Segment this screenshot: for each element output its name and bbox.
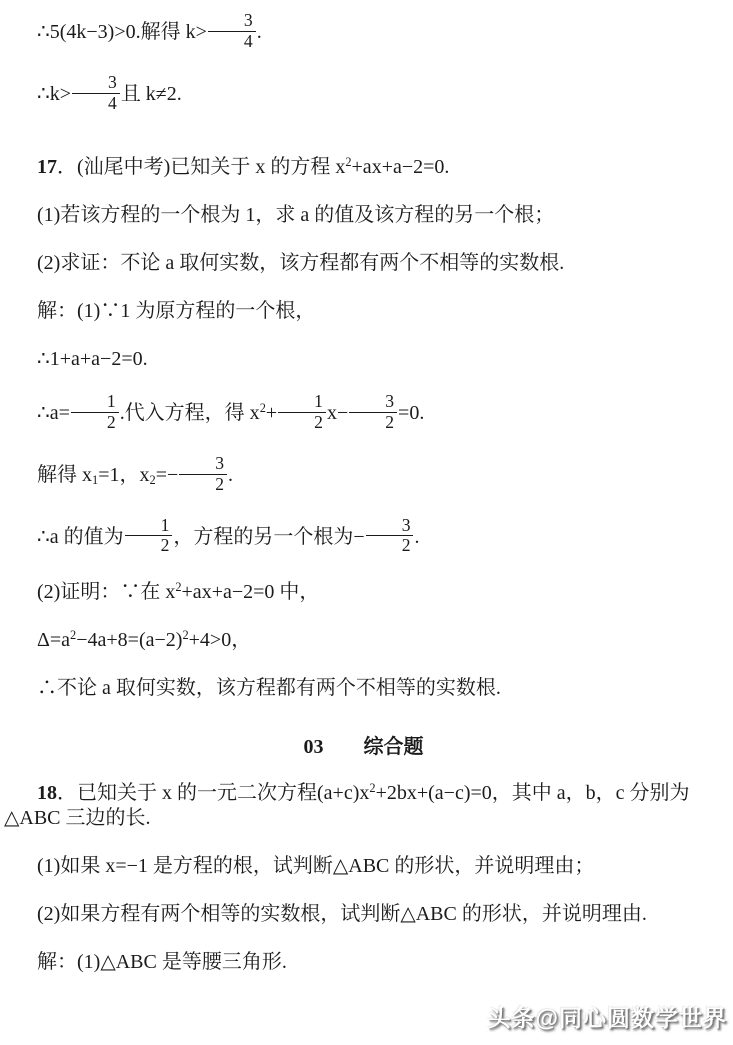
text-run: .代入方程，得 x <box>120 402 260 424</box>
text-run: Δ=a <box>37 629 70 651</box>
fraction: 34 <box>207 12 257 51</box>
text-run: (2)证明：∵在 x <box>37 581 175 603</box>
solution-17-roots: 解得 x1=1，x2=−32. <box>4 457 723 496</box>
text-run: ．(汕尾中考)已知关于 x 的方程 x <box>57 156 345 178</box>
fraction-numerator: 3 <box>366 517 414 537</box>
solution-17-answer: ∴a 的值为12，方程的另一个根为−32. <box>4 519 723 558</box>
solution-17-step1: 解：(1)∵1 为原方程的一个根， <box>4 299 723 324</box>
fraction-denominator: 2 <box>179 475 227 494</box>
bold-text-run: 综合题 <box>364 736 424 758</box>
text-run: . <box>257 21 262 43</box>
fraction-numerator: 1 <box>125 517 173 537</box>
bold-text-run: 03 <box>304 736 324 758</box>
solution-18-start: 解：(1)△ABC 是等腰三角形. <box>4 950 723 975</box>
problem-17-part1: (1)若该方程的一个根为 1，求 a 的值及该方程的另一个根； <box>4 203 723 228</box>
fraction-denominator: 2 <box>349 413 397 432</box>
fraction-numerator: 1 <box>278 393 326 413</box>
text-run: (2)如果方程有两个相等的实数根，试判断△ABC 的形状，并说明理由. <box>37 903 647 925</box>
document-body: ∴5(4k−3)>0.解得 k>34.∴k>34且 k≠2.17．(汕尾中考)已… <box>4 14 723 975</box>
text-run: x− <box>327 402 348 424</box>
fraction: 34 <box>71 74 121 113</box>
fraction-numerator: 1 <box>71 393 119 413</box>
text-run: 解：(1)△ABC 是等腰三角形. <box>37 951 287 973</box>
text-run: + <box>266 402 277 424</box>
fraction: 12 <box>124 517 174 556</box>
bold-text-run: 18 <box>37 782 57 804</box>
text-run: +ax+a−2=0 中， <box>182 581 320 603</box>
solution-17-step2: ∴1+a+a−2=0. <box>4 347 723 372</box>
fraction-numerator: 3 <box>72 74 120 94</box>
fraction-denominator: 2 <box>366 536 414 555</box>
solution-17-discriminant: Δ=a2−4a+8=(a−2)2+4>0， <box>4 628 723 653</box>
text-run: (2)求证：不论 a 取何实数，该方程都有两个不相等的实数根. <box>37 252 564 274</box>
fraction: 32 <box>348 393 398 432</box>
fraction-numerator: 3 <box>349 393 397 413</box>
text-run: (1)如果 x=−1 是方程的根，试判断△ABC 的形状，并说明理由； <box>37 855 594 877</box>
problem-18-part2: (2)如果方程有两个相等的实数根，试判断△ABC 的形状，并说明理由. <box>4 902 723 927</box>
text-run: ∴1+a+a−2=0. <box>37 348 148 370</box>
text-run: =− <box>156 464 179 486</box>
text-run: +4>0， <box>189 629 252 651</box>
text-run: ∴a= <box>37 402 70 424</box>
fraction-numerator: 3 <box>208 12 256 32</box>
solution-17-step3: ∴a=12.代入方程，得 x2+12x−32=0. <box>4 395 723 434</box>
text-run: (1)若该方程的一个根为 1，求 a 的值及该方程的另一个根； <box>37 204 554 226</box>
fraction-denominator: 4 <box>208 32 256 51</box>
text-run: =1，x <box>98 464 149 486</box>
problem-17-part2: (2)求证：不论 a 取何实数，该方程都有两个不相等的实数根. <box>4 251 723 276</box>
fraction-denominator: 2 <box>125 536 173 555</box>
solution-17-proof-start: (2)证明：∵在 x2+ax+a−2=0 中， <box>4 580 723 605</box>
document-page: ∴5(4k−3)>0.解得 k>34.∴k>34且 k≠2.17．(汕尾中考)已… <box>0 0 733 1045</box>
solution-17-proof-conclusion: ∴不论 a 取何实数，该方程都有两个不相等的实数根. <box>4 676 723 701</box>
bold-text-run: 17 <box>37 156 57 178</box>
line-k-range-conclusion: ∴k>34且 k≠2. <box>4 76 723 115</box>
fraction: 32 <box>365 517 415 556</box>
watermark-text: 头条@同心圆数学世界 <box>488 1000 727 1033</box>
fraction: 12 <box>277 393 327 432</box>
text-run: . <box>414 526 419 548</box>
text-run: ∴不论 a 取何实数，该方程都有两个不相等的实数根. <box>37 677 501 699</box>
text-run: −4a+8=(a−2) <box>76 629 182 651</box>
text-run: 解得 x <box>37 464 92 486</box>
text-run: ∴5(4k−3)>0.解得 k> <box>37 21 207 43</box>
section-header-03: 03 综合题 <box>4 735 723 760</box>
text-run: =0. <box>398 402 424 424</box>
text-run <box>324 736 364 758</box>
line-inequality-solve: ∴5(4k−3)>0.解得 k>34. <box>4 14 723 53</box>
text-run: . <box>228 464 233 486</box>
text-run: 且 k≠2. <box>121 83 182 105</box>
fraction: 12 <box>70 393 120 432</box>
text-run: 解：(1)∵1 为原方程的一个根， <box>37 300 315 322</box>
text-run: +ax+a−2=0. <box>352 156 450 178</box>
text-run: ∴a 的值为 <box>37 526 124 548</box>
problem-18-part1: (1)如果 x=−1 是方程的根，试判断△ABC 的形状，并说明理由； <box>4 854 723 879</box>
problem-17-title: 17．(汕尾中考)已知关于 x 的方程 x2+ax+a−2=0. <box>4 155 723 180</box>
text-run: ．已知关于 x 的一元二次方程(a+c)x <box>57 782 369 804</box>
problem-18-title: 18．已知关于 x 的一元二次方程(a+c)x2+2bx+(a−c)=0，其中 … <box>4 781 723 831</box>
text-run: ∴k> <box>37 83 71 105</box>
fraction-denominator: 4 <box>72 94 120 113</box>
text-run: ，方程的另一个根为− <box>173 526 364 548</box>
fraction: 32 <box>178 455 228 494</box>
fraction-numerator: 3 <box>179 455 227 475</box>
fraction-denominator: 2 <box>278 413 326 432</box>
fraction-denominator: 2 <box>71 413 119 432</box>
